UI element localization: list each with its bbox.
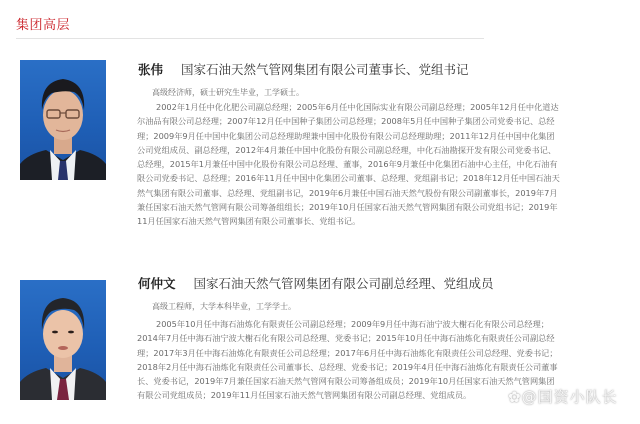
wechat-logo-icon: ✿ (508, 388, 522, 406)
executive-title: 国家石油天然气管网集团有限公司董事长、党组书记 (181, 62, 469, 77)
executive-title: 国家石油天然气管网集团有限公司副总经理、党组成员 (194, 276, 494, 291)
executive-summary: 高级经济师，硕士研究生毕业，工学硕士。 (152, 87, 304, 99)
bio-line: 公司党组成员、副总经理，2012年4月兼任中国中化股份有限公司副总经理，中化石油… (137, 143, 613, 157)
executive-photo (20, 280, 106, 400)
bio-line: 然气集团有限公司董事、总经理、党组副书记，2019年6月兼任中国石油天然气股份有… (137, 186, 613, 200)
portrait-image-icon (20, 280, 106, 400)
section-title: 集团高层 (16, 18, 70, 33)
portrait-image-icon (20, 60, 106, 180)
executive-summary: 高级工程师，大学本科毕业，工学学士。 (152, 301, 296, 313)
executive-name: 何仲文 (138, 276, 176, 291)
executive-bio: 2002年1月任中化化肥公司副总经理；2005年6月任中化国际实业有限公司副总经… (137, 100, 613, 229)
bio-line: 兼任国家石油天然气管网有限公司筹备组组长；2019年10月任国家石油天然气管网集… (137, 200, 613, 214)
executive-photo (20, 60, 106, 180)
executive-heading: 张伟 国家石油天然气管网集团有限公司董事长、党组书记 (138, 61, 469, 79)
bio-line: 总经理，2015年1月兼任中国中化股份有限公司总经理、董事，2016年9月兼任中… (137, 157, 613, 171)
section-header: 集团高层 (16, 14, 484, 39)
bio-line: 限公司党委书记、总经理；2016年11月任中国中化集团公司董事、总经理、党组副书… (137, 171, 613, 185)
bio-line: 2018年2月任中海石油炼化有限责任公司董事长、总经理、党委书记；2019年4月… (137, 360, 613, 374)
watermark-text: @国资小队长 (522, 388, 618, 406)
bio-line: 2005年10月任中海石油炼化有限责任公司副总经理；2009年9月任中海石油宁波… (137, 317, 613, 331)
bio-line: 11月任国家石油天然气管网集团有限公司董事长、党组书记。 (137, 214, 613, 228)
bio-line: 理；2009年9月任中国中化集团公司总经理助理兼中国中化股份有限公司总经理助理；… (137, 129, 613, 143)
watermark: ✿@国资小队长 (508, 387, 618, 407)
bio-line: 尔油品有限公司总经理；2007年12月任中国种子集团公司总经理；2008年5月任… (137, 114, 613, 128)
bio-line: 理；2017年3月任中海石油炼化有限责任公司总经理；2017年6月任中海石油炼化… (137, 346, 613, 360)
bio-line: 2002年1月任中化化肥公司副总经理；2005年6月任中化国际实业有限公司副总经… (137, 100, 613, 114)
bio-line: 2014年7月任中海石油宁波大榭石化有限公司总经理、党委书记；2015年10月任… (137, 331, 613, 345)
executive-name: 张伟 (138, 62, 163, 77)
executive-heading: 何仲文 国家石油天然气管网集团有限公司副总经理、党组成员 (138, 275, 494, 293)
